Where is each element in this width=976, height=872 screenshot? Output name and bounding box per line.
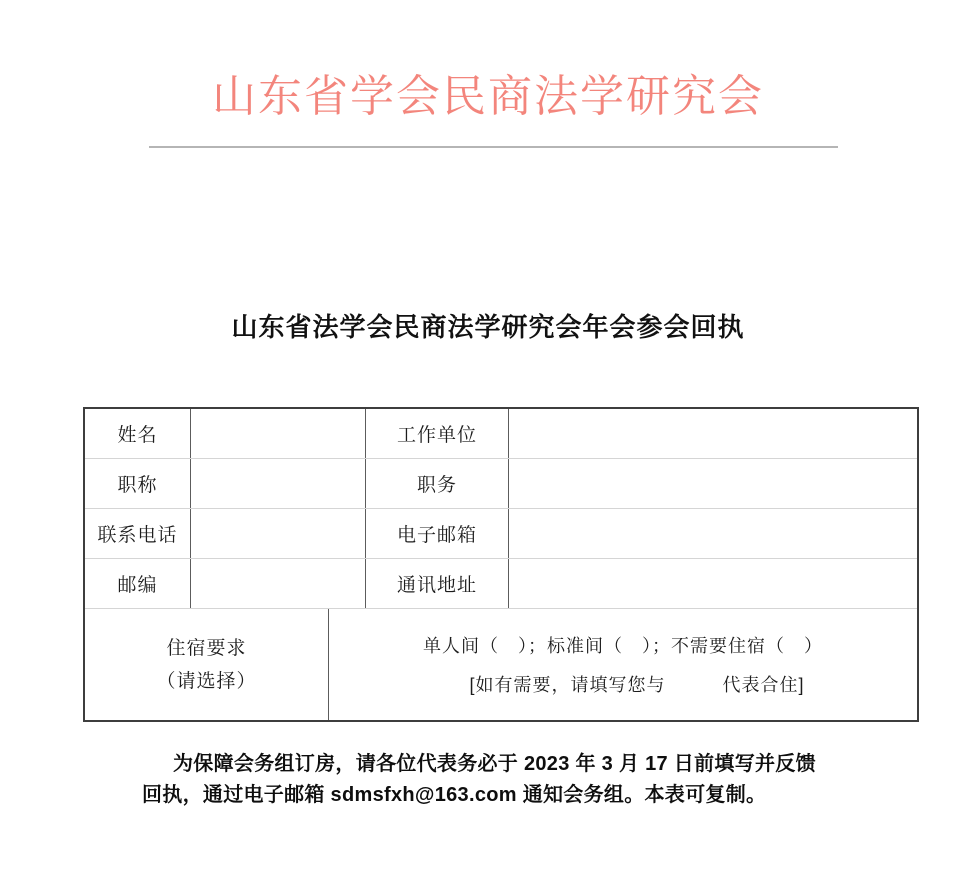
label-email: 电子邮箱 (366, 509, 509, 558)
label-work-unit: 工作单位 (366, 409, 509, 458)
footer-instructions-line1: 为保障会务组订房，请各位代表务必于 2023 年 3 月 17 日前填写并反馈 (142, 749, 872, 780)
input-cell-phone[interactable] (191, 509, 366, 558)
table-row-phone-email: 联系电话 电子邮箱 (85, 509, 917, 559)
input-cell-work-unit[interactable] (509, 409, 917, 458)
label-position: 职务 (366, 459, 509, 508)
form-title: 山东省法学会民商法学研究会年会参会回执 (0, 312, 976, 342)
label-professional-title: 职称 (85, 459, 191, 508)
footer-instructions-line2: 回执，通过电子邮箱 sdmsfxh@163.com 通知会务组。本表可复制。 (142, 780, 872, 811)
table-row-accommodation: 住宿要求 （请选择） 单人间（ ）；标准间（ ）；不需要住宿（ ） [如有需要，… (85, 609, 917, 720)
table-row-zip-address: 邮编 通讯地址 (85, 559, 917, 609)
label-phone: 联系电话 (85, 509, 191, 558)
label-accommodation-request: 住宿要求 （请选择） (85, 609, 329, 720)
header-divider (149, 146, 838, 148)
label-zip-code: 邮编 (85, 559, 191, 608)
label-mailing-address: 通讯地址 (366, 559, 509, 608)
input-cell-professional-title[interactable] (191, 459, 366, 508)
accommodation-label-line1: 住宿要求 (166, 632, 246, 665)
table-row-title-position: 职称 职务 (85, 459, 917, 509)
registration-table: 姓名 工作单位 职称 职务 联系电话 电子邮箱 邮编 通讯地址 住宿要求 （请选… (83, 407, 919, 722)
accommodation-label-line2: （请选择） (156, 665, 256, 698)
accommodation-cohabit-note: [如有需要，请填写您与 代表合住] (469, 671, 804, 697)
input-cell-email[interactable] (509, 509, 917, 558)
org-header-title: 山东省学会民商法学研究会 (0, 72, 976, 122)
input-cell-mailing-address[interactable] (509, 559, 917, 608)
input-cell-position[interactable] (509, 459, 917, 508)
input-cell-zip-code[interactable] (191, 559, 366, 608)
accommodation-options-line: 单人间（ ）；标准间（ ）；不需要住宿（ ） (423, 632, 823, 658)
input-cell-name[interactable] (191, 409, 366, 458)
table-row-name-unit: 姓名 工作单位 (85, 409, 917, 459)
label-name: 姓名 (85, 409, 191, 458)
footer-instructions: 为保障会务组订房，请各位代表务必于 2023 年 3 月 17 日前填写并反馈 … (142, 749, 872, 811)
accommodation-options-cell[interactable]: 单人间（ ）；标准间（ ）；不需要住宿（ ） [如有需要，请填写您与 代表合住] (329, 609, 917, 720)
